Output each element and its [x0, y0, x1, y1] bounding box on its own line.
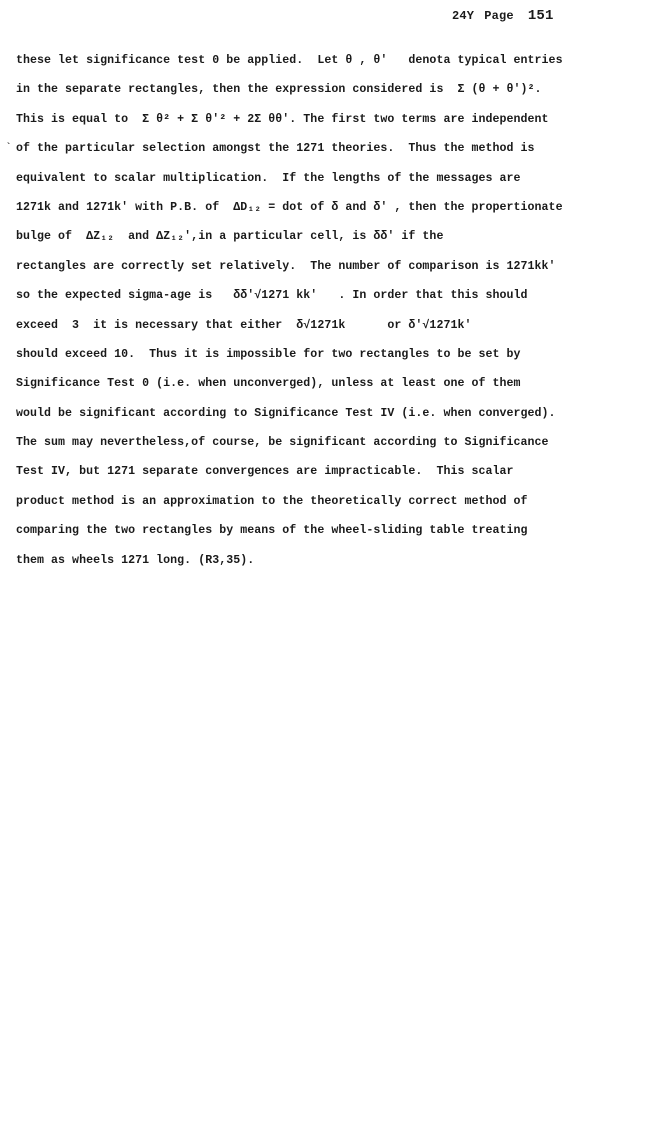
text-line: comparing the two rectangles by means of… [16, 522, 636, 551]
text-line: would be significant according to Signif… [16, 405, 636, 434]
document-page: 24YPage151 these let significance test 0… [0, 0, 650, 1122]
text-line: them as wheels 1271 long. (R3,35). [16, 552, 636, 581]
page-number: 151 [528, 8, 554, 24]
text-line: equivalent to scalar multiplication. If … [16, 170, 636, 199]
text-line: 1271k and 1271k' with P.B. of ΔD₁₂ = dot… [16, 199, 636, 228]
text-line: The sum may nevertheless,of course, be s… [16, 434, 636, 463]
text-line: product method is an approximation to th… [16, 493, 636, 522]
page-header: 24YPage151 [452, 8, 554, 24]
text-line: these let significance test 0 be applied… [16, 52, 636, 81]
page-label: Page [484, 9, 514, 23]
text-line: in the separate rectangles, then the exp… [16, 81, 636, 110]
text-line: of the particular selection amongst the … [16, 140, 636, 169]
document-ref: 24Y [452, 9, 474, 23]
text-line: bulge of ΔZ₁₂ and ΔZ₁₂',in a particular … [16, 228, 636, 257]
text-line: so the expected sigma-age is δδ'√1271 kk… [16, 287, 636, 316]
text-line: exceed 3 it is necessary that either δ√1… [16, 317, 636, 346]
text-line: Test IV, but 1271 separate convergences … [16, 463, 636, 492]
text-line: should exceed 10. Thus it is impossible … [16, 346, 636, 375]
body-text: these let significance test 0 be applied… [16, 52, 636, 581]
text-line: rectangles are correctly set relatively.… [16, 258, 636, 287]
text-line: Significance Test 0 (i.e. when unconverg… [16, 375, 636, 404]
text-line: This is equal to Σ θ² + Σ θ'² + 2Σ θθ'. … [16, 111, 636, 140]
